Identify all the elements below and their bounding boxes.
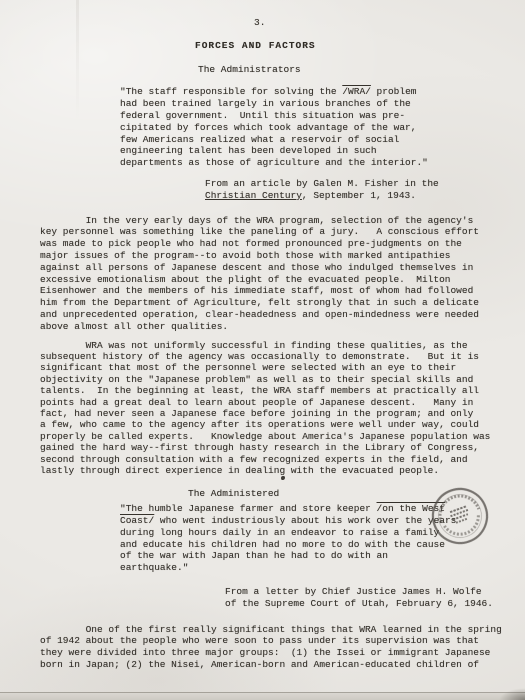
quote-wolfe-text-after: who went industriously about his work ov… (120, 515, 456, 573)
document-page: 3. FORCES AND FACTORS The Administrators… (0, 0, 525, 700)
attribution-fisher: From an article by Galen M. Fisher in th… (205, 178, 525, 202)
corner-smudge (499, 688, 525, 700)
quote-wolfe: "The humble Japanese farmer and store ke… (120, 503, 460, 574)
quote-fisher-text-after: problem had been trained largely in vari… (120, 86, 428, 168)
paper-streak (76, 0, 79, 120)
quote-fisher-text-before: "The staff responsible for solving the (120, 86, 342, 97)
publication-name: Christian Century (205, 190, 302, 201)
attribution-wolfe: From a letter by Chief Justice James H. … (225, 586, 525, 610)
typed-bracket-insertion-wra: /WRA/ (342, 86, 371, 97)
quote-wolfe-text-before: "The humble Japanese farmer and store ke… (120, 503, 377, 514)
page-bottom-shadow (0, 693, 525, 700)
attribution-wolfe-line1: From a letter by Chief Justice James H. … (225, 586, 482, 597)
attribution-wolfe-line2: of the Supreme Court of Utah, February 6… (225, 598, 493, 609)
section-heading-administrators: The Administrators (198, 64, 525, 76)
paragraph-wra-success: WRA was not uniformly successful in find… (40, 340, 502, 477)
quote-fisher: "The staff responsible for solving the /… (120, 86, 460, 169)
page-number: 3. (254, 17, 525, 29)
attribution-fisher-date: , September 1, 1943. (302, 190, 416, 201)
paragraph-three-groups: One of the first really significant thin… (40, 624, 502, 671)
page-title: FORCES AND FACTORS (195, 40, 525, 52)
paragraph-key-personnel: In the very early days of the WRA progra… (40, 215, 502, 333)
attribution-fisher-line1: From an article by Galen M. Fisher in th… (205, 178, 439, 189)
ink-dot-mark (281, 476, 285, 480)
